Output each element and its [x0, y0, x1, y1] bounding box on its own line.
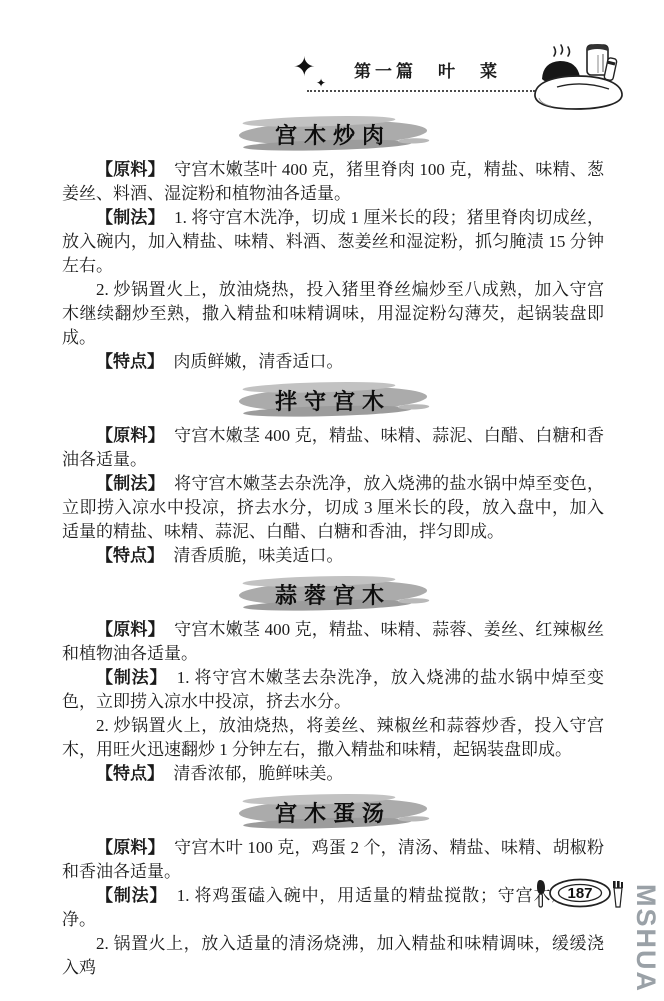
paragraph-text: 肉质鲜嫩，清香适口。 [173, 352, 343, 371]
recipe-title: 蒜蓉宫木 [275, 579, 391, 610]
paragraph-label: 【特点】 [96, 764, 164, 783]
recipe-paragraph: 【特点】清香浓郁，脆鲜味美。 [62, 762, 604, 786]
recipe-paragraph: 【原料】守宫木嫩茎叶 400 克，猪里脊肉 100 克，精盐、味精、葱姜丝、料酒… [62, 158, 604, 206]
recipe-title: 宫木蛋汤 [275, 797, 391, 828]
recipe-section: 蒜蓉宫木 【原料】守宫木嫩茎 400 克，精盐、味精、蒜蓉、姜丝、红辣椒丝和植物… [62, 572, 604, 786]
steaming-dish-icon [527, 38, 629, 114]
paragraph-label: 【原料】 [96, 160, 165, 179]
paragraph-text: 2. 炒锅置火上，放油烧热，投入猪里脊丝煸炒至八成熟，加入守宫木继续翻炒至熟，撒… [62, 280, 604, 347]
fork-icon [613, 881, 623, 907]
recipe-paragraph: 2. 炒锅置火上，放油烧热，将姜丝、辣椒丝和蒜蓉炒香，投入守宫木，用旺火迅速翻炒… [62, 714, 604, 762]
recipe-paragraph: 【制法】将守宫木嫩茎去杂洗净，放入烧沸的盐水锅中焯至变色，立即捞入凉水中投凉，挤… [62, 472, 604, 544]
paragraph-text: 2. 锅置火上，放入适量的清汤烧沸，加入精盐和味精调味，缓缓浇入鸡 [62, 934, 604, 977]
recipe-paragraph: 【制法】1. 将鸡蛋磕入碗中，用适量的精盐搅散；守宫木嫩叶洗净。 [62, 884, 604, 932]
paragraph-label: 【特点】 [96, 546, 164, 565]
recipe-paragraph: 【特点】清香质脆，味美适口。 [62, 544, 604, 568]
recipe-paragraph: 2. 炒锅置火上，放油烧热，投入猪里脊丝煸炒至八成熟，加入守宫木继续翻炒至熟，撒… [62, 278, 604, 350]
page-content: 宫木炒肉 【原料】守宫木嫩茎叶 400 克，猪里脊肉 100 克，精盐、味精、葱… [62, 110, 604, 980]
jar-icon [587, 44, 617, 81]
paragraph-label: 【制法】 [96, 668, 167, 687]
paragraph-label: 【原料】 [96, 620, 165, 639]
page-number: 187 [558, 885, 602, 902]
recipe-section: 宫木炒肉 【原料】守宫木嫩茎叶 400 克，猪里脊肉 100 克，精盐、味精、葱… [62, 112, 604, 374]
recipe-paragraph: 【原料】守宫木嫩茎 400 克，精盐、味精、蒜蓉、姜丝、红辣椒丝和植物油各适量。 [62, 618, 604, 666]
knife-icon [537, 880, 545, 907]
recipe-title: 拌守宫木 [275, 385, 391, 416]
recipe-paragraph: 【制法】1. 将守宫木嫩茎去杂洗净，放入烧沸的盐水锅中焯至变色，立即捞入凉水中投… [62, 666, 604, 714]
page-number-plate: 187 [534, 876, 624, 912]
recipe-section: 宫木蛋汤 【原料】守宫木叶 100 克，鸡蛋 2 个，清汤、精盐、味精、胡椒粉和… [62, 790, 604, 980]
paragraph-text: 清香质脆，味美适口。 [173, 546, 343, 565]
recipe-paragraph: 【原料】守宫木嫩茎 400 克，精盐、味精、蒜泥、白醋、白糖和香油各适量。 [62, 424, 604, 472]
paragraph-text: 2. 炒锅置火上，放油烧热，将姜丝、辣椒丝和蒜蓉炒香，投入守宫木，用旺火迅速翻炒… [62, 716, 604, 759]
recipe-title-block: 宫木蛋汤 [62, 790, 604, 832]
chapter-header: 第一篇 叶 菜 [354, 57, 501, 82]
recipe-paragraph: 2. 锅置火上，放入适量的清汤烧沸，加入精盐和味精调味，缓缓浇入鸡 [62, 932, 604, 980]
paragraph-text: 清香浓郁，脆鲜味美。 [173, 764, 343, 783]
recipe-title-block: 宫木炒肉 [62, 112, 604, 154]
paragraph-label: 【特点】 [96, 352, 164, 371]
recipe-title: 宫木炒肉 [275, 119, 391, 150]
paragraph-label: 【制法】 [96, 208, 165, 227]
watermark: MSHUA [630, 884, 661, 996]
paragraph-label: 【原料】 [96, 426, 165, 445]
steam-icon [554, 45, 570, 56]
recipe-title-block: 蒜蓉宫木 [62, 572, 604, 614]
recipe-paragraph: 【原料】守宫木叶 100 克，鸡蛋 2 个，清汤、精盐、味精、胡椒粉和香油各适量… [62, 836, 604, 884]
paragraph-label: 【制法】 [96, 886, 167, 905]
dish-body [535, 76, 622, 109]
paragraph-label: 【制法】 [96, 474, 165, 493]
recipe-section: 拌守宫木 【原料】守宫木嫩茎 400 克，精盐、味精、蒜泥、白醋、白糖和香油各适… [62, 378, 604, 568]
recipe-paragraph: 【制法】1. 将守宫木洗净，切成 1 厘米长的段；猪里脊肉切成丝，放入碗内，加入… [62, 206, 604, 278]
recipe-paragraph: 【特点】肉质鲜嫩，清香适口。 [62, 350, 604, 374]
paragraph-label: 【原料】 [96, 838, 165, 857]
book-page: ✦ ✦ 第一篇 叶 菜 [0, 0, 664, 1001]
recipe-title-block: 拌守宫木 [62, 378, 604, 420]
